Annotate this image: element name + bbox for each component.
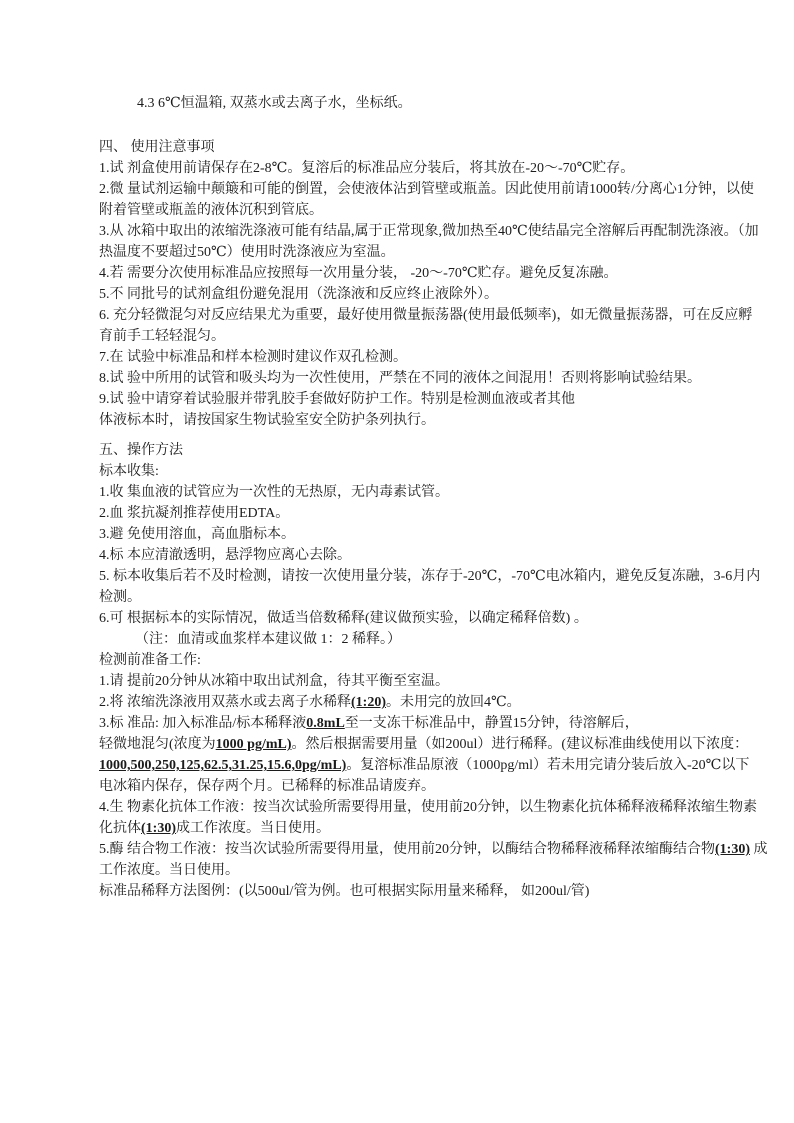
text-run: 5. 标本收集后若不及时检测，请按一次使用量分装，冻存于-20℃，-70℃电冰箱… xyxy=(99,569,760,584)
collection-item-2: 2.血 浆抗凝剂推荐使用EDTA。 xyxy=(99,503,699,524)
specimen-collection-label: 标本收集: xyxy=(99,461,699,482)
preparation-item-1: 1.请 提前20分钟从冰箱中取出试剂盒，待其平衡至室温。 xyxy=(99,671,699,692)
text-run: 检测前准备工作: xyxy=(99,653,201,668)
collection-item-1: 1.收 集血液的试管应为一次性的无热原，无内毒素试管。 xyxy=(99,482,699,503)
text-run: 标本收集: xyxy=(99,464,159,479)
preparation-item-3-line-1: 3.标 准品: 加入标准品/标本稀释液0.8mL至一支冻干标准品中，静置15分钟… xyxy=(99,713,699,734)
text-run: 五、操作方法 xyxy=(99,443,183,458)
collection-item-4: 4.标 本应清澈透明，悬浮物应离心去除。 xyxy=(99,545,699,566)
text-run: 8.试 验中所用的试管和吸头均为一次性使用，严禁在不同的液体之间混用！否则将影响… xyxy=(99,371,701,386)
text-run: 4.标 本应清澈透明，悬浮物应离心去除。 xyxy=(99,548,351,563)
section-4-item-7: 7.在 试验中标准品和样本检测时建议作双孔检测。 xyxy=(99,347,699,368)
text-run: 体液标本时，请按国家生物试验室安全防护条列执行。 xyxy=(99,413,435,428)
section-4-item-3-line-2: 热温度不要超过50℃）使用时洗涤液应为室温。 xyxy=(99,242,699,263)
emphasized-text-run: 0.8mL xyxy=(306,716,345,731)
preparation-item-2: 2.将 浓缩洗涤液用双蒸水或去离子水稀释(1:20)。未用完的放回4℃。 xyxy=(99,692,699,713)
text-run: 1.请 提前20分钟从冰箱中取出试剂盒，待其平衡至室温。 xyxy=(99,674,449,689)
pretest-preparation-label: 检测前准备工作: xyxy=(99,650,699,671)
text-run: 2.将 浓缩洗涤液用双蒸水或去离子水稀释 xyxy=(99,695,351,710)
equipment-note-line: 4.3 6℃恒温箱, 双蒸水或去离子水，坐标纸。 xyxy=(99,93,699,114)
section-4-item-9-line-1: 9.试 验中请穿着试验服并带乳胶手套做好防护工作。特别是检测血液或者其他 xyxy=(99,389,699,410)
preparation-item-3-line-4: 电冰箱内保存，保存两个月。已稀释的标准品请废弃。 xyxy=(99,776,699,797)
collection-item-6: 6.可 根据标本的实际情况，做适当倍数稀释(建议做预实验，以确定稀释倍数) 。 xyxy=(99,608,699,629)
section-5-heading: 五、操作方法 xyxy=(99,440,699,461)
section-4-item-3-line-1: 3.从 冰箱中取出的浓缩洗涤液可能有结晶,属于正常现象,微加热至40℃使结晶完全… xyxy=(99,221,699,242)
text-run: 2.血 浆抗凝剂推荐使用EDTA。 xyxy=(99,506,289,521)
text-run: 6.可 根据标本的实际情况，做适当倍数稀释(建议做预实验，以确定稀释倍数) 。 xyxy=(99,611,588,626)
text-run: 5.不 同批号的试剂盒组份避免混用（洗涤液和反应终止液除外）。 xyxy=(99,287,498,302)
section-4-item-6-line-2: 育前手工轻轻混匀。 xyxy=(99,326,699,347)
text-run: 3.标 准品: 加入标准品/标本稀释液 xyxy=(99,716,306,731)
text-run: 电冰箱内保存，保存两个月。已稀释的标准品请废弃。 xyxy=(99,779,435,794)
section-4-item-1: 1.试 剂盒使用前请保存在2-8℃。复溶后的标准品应分装后，将其放在-20～-7… xyxy=(99,158,699,179)
section-4-item-2-line-2: 附着管壁或瓶盖的液体沉积到管底。 xyxy=(99,200,699,221)
text-run: 4.若 需要分次使用标准品应按照每一次用量分装， -20～-70℃贮存。避免反复… xyxy=(99,266,617,281)
emphasized-text-run: (1:30) xyxy=(715,842,750,857)
section-4-item-2-line-1: 2.微 量试剂运输中颠簸和可能的倒置，会使液体沾到管壁或瓶盖。因此使用前请100… xyxy=(99,179,699,200)
section-4-item-4: 4.若 需要分次使用标准品应按照每一次用量分装， -20～-70℃贮存。避免反复… xyxy=(99,263,699,284)
text-run: 7.在 试验中标准品和样本检测时建议作双孔检测。 xyxy=(99,350,407,365)
document-body: 4.3 6℃恒温箱, 双蒸水或去离子水，坐标纸。四、 使用注意事项1.试 剂盒使… xyxy=(99,93,699,902)
text-run: 4.生 物素化抗体工作液：按当次试验所需要得用量，使用前20分钟，以生物素化抗体… xyxy=(99,800,757,815)
text-run: 附着管壁或瓶盖的液体沉积到管底。 xyxy=(99,203,323,218)
standard-dilution-example-label: 标准品稀释方法图例：(以500ul/管为例。也可根据实际用量来稀释， 如200u… xyxy=(99,881,699,902)
text-run: 6. 充分轻微混匀对反应结果尤为重要，最好使用微量振荡器(使用最低频率)，如无微… xyxy=(99,308,752,323)
emphasized-text-run: 1000,500,250,125,62.5,31.25,15.6,0pg/mL) xyxy=(99,758,346,773)
section-4-item-5: 5.不 同批号的试剂盒组份避免混用（洗涤液和反应终止液除外）。 xyxy=(99,284,699,305)
text-run: 热温度不要超过50℃）使用时洗涤液应为室温。 xyxy=(99,245,395,260)
emphasized-text-run: (1:30) xyxy=(141,821,176,836)
text-run: 轻微地混匀(浓度为 xyxy=(99,737,216,752)
preparation-item-5-line-2: 工作浓度。当日使用。 xyxy=(99,860,699,881)
text-run: 检测。 xyxy=(99,590,141,605)
text-run: 3.从 冰箱中取出的浓缩洗涤液可能有结晶,属于正常现象,微加热至40℃使结晶完全… xyxy=(99,224,759,239)
preparation-item-4-line-1: 4.生 物素化抗体工作液：按当次试验所需要得用量，使用前20分钟，以生物素化抗体… xyxy=(99,797,699,818)
text-run: 1.收 集血液的试管应为一次性的无热原，无内毒素试管。 xyxy=(99,485,449,500)
section-4-item-6-line-1: 6. 充分轻微混匀对反应结果尤为重要，最好使用微量振荡器(使用最低频率)，如无微… xyxy=(99,305,699,326)
text-run: 5.酶 结合物工作液：按当次试验所需要得用量，使用前20分钟，以酶结合物稀释液稀… xyxy=(99,842,715,857)
text-run: 。复溶标准品原液（1000pg/ml）若未用完请分装后放入-20℃以下 xyxy=(346,758,749,773)
text-run: 4.3 6℃恒温箱, 双蒸水或去离子水，坐标纸。 xyxy=(137,96,412,111)
section-4-item-8: 8.试 验中所用的试管和吸头均为一次性使用，严禁在不同的液体之间混用！否则将影响… xyxy=(99,368,699,389)
text-run: 1.试 剂盒使用前请保存在2-8℃。复溶后的标准品应分装后，将其放在-20～-7… xyxy=(99,161,634,176)
text-run: 2.微 量试剂运输中颠簸和可能的倒置，会使液体沾到管壁或瓶盖。因此使用前请100… xyxy=(99,182,754,197)
text-run: 3.避 免使用溶血，高血脂标本。 xyxy=(99,527,295,542)
section-4-heading: 四、 使用注意事项 xyxy=(99,137,699,158)
text-run: 成 xyxy=(750,842,768,857)
text-run: 标准品稀释方法图例：(以500ul/管为例。也可根据实际用量来稀释， 如200u… xyxy=(99,884,589,899)
collection-item-5-line-1: 5. 标本收集后若不及时检测，请按一次使用量分装，冻存于-20℃，-70℃电冰箱… xyxy=(99,566,699,587)
text-run: 成工作浓度。当日使用。 xyxy=(176,821,330,836)
text-run: 化抗体 xyxy=(99,821,141,836)
preparation-item-5-line-1: 5.酶 结合物工作液：按当次试验所需要得用量，使用前20分钟，以酶结合物稀释液稀… xyxy=(99,839,699,860)
text-run: 工作浓度。当日使用。 xyxy=(99,863,239,878)
text-run: （注：血清或血浆样本建议做 1：2 稀释。） xyxy=(135,632,401,647)
dilution-note: （注：血清或血浆样本建议做 1：2 稀释。） xyxy=(99,629,699,650)
emphasized-text-run: 1000 pg/mL) xyxy=(216,737,292,752)
collection-item-5-line-2: 检测。 xyxy=(99,587,699,608)
preparation-item-3-line-3: 1000,500,250,125,62.5,31.25,15.6,0pg/mL)… xyxy=(99,755,699,776)
preparation-item-4-line-2: 化抗体(1:30)成工作浓度。当日使用。 xyxy=(99,818,699,839)
preparation-item-3-line-2: 轻微地混匀(浓度为1000 pg/mL)。然后根据需要用量（如200ul）进行稀… xyxy=(99,734,699,755)
collection-item-3: 3.避 免使用溶血，高血脂标本。 xyxy=(99,524,699,545)
text-run: 至一支冻干标准品中，静置15分钟，待溶解后， xyxy=(345,716,639,731)
text-run: 育前手工轻轻混匀。 xyxy=(99,329,225,344)
emphasized-text-run: (1:20) xyxy=(351,695,386,710)
section-4-item-9-line-2: 体液标本时，请按国家生物试验室安全防护条列执行。 xyxy=(99,410,699,431)
text-run: 四、 使用注意事项 xyxy=(99,140,215,155)
text-run: 9.试 验中请穿着试验服并带乳胶手套做好防护工作。特别是检测血液或者其他 xyxy=(99,392,575,407)
text-run: 。然后根据需要用量（如200ul）进行稀释。(建议标准曲线使用以下浓度： xyxy=(292,737,749,752)
text-run: 。未用完的放回4℃。 xyxy=(386,695,521,710)
